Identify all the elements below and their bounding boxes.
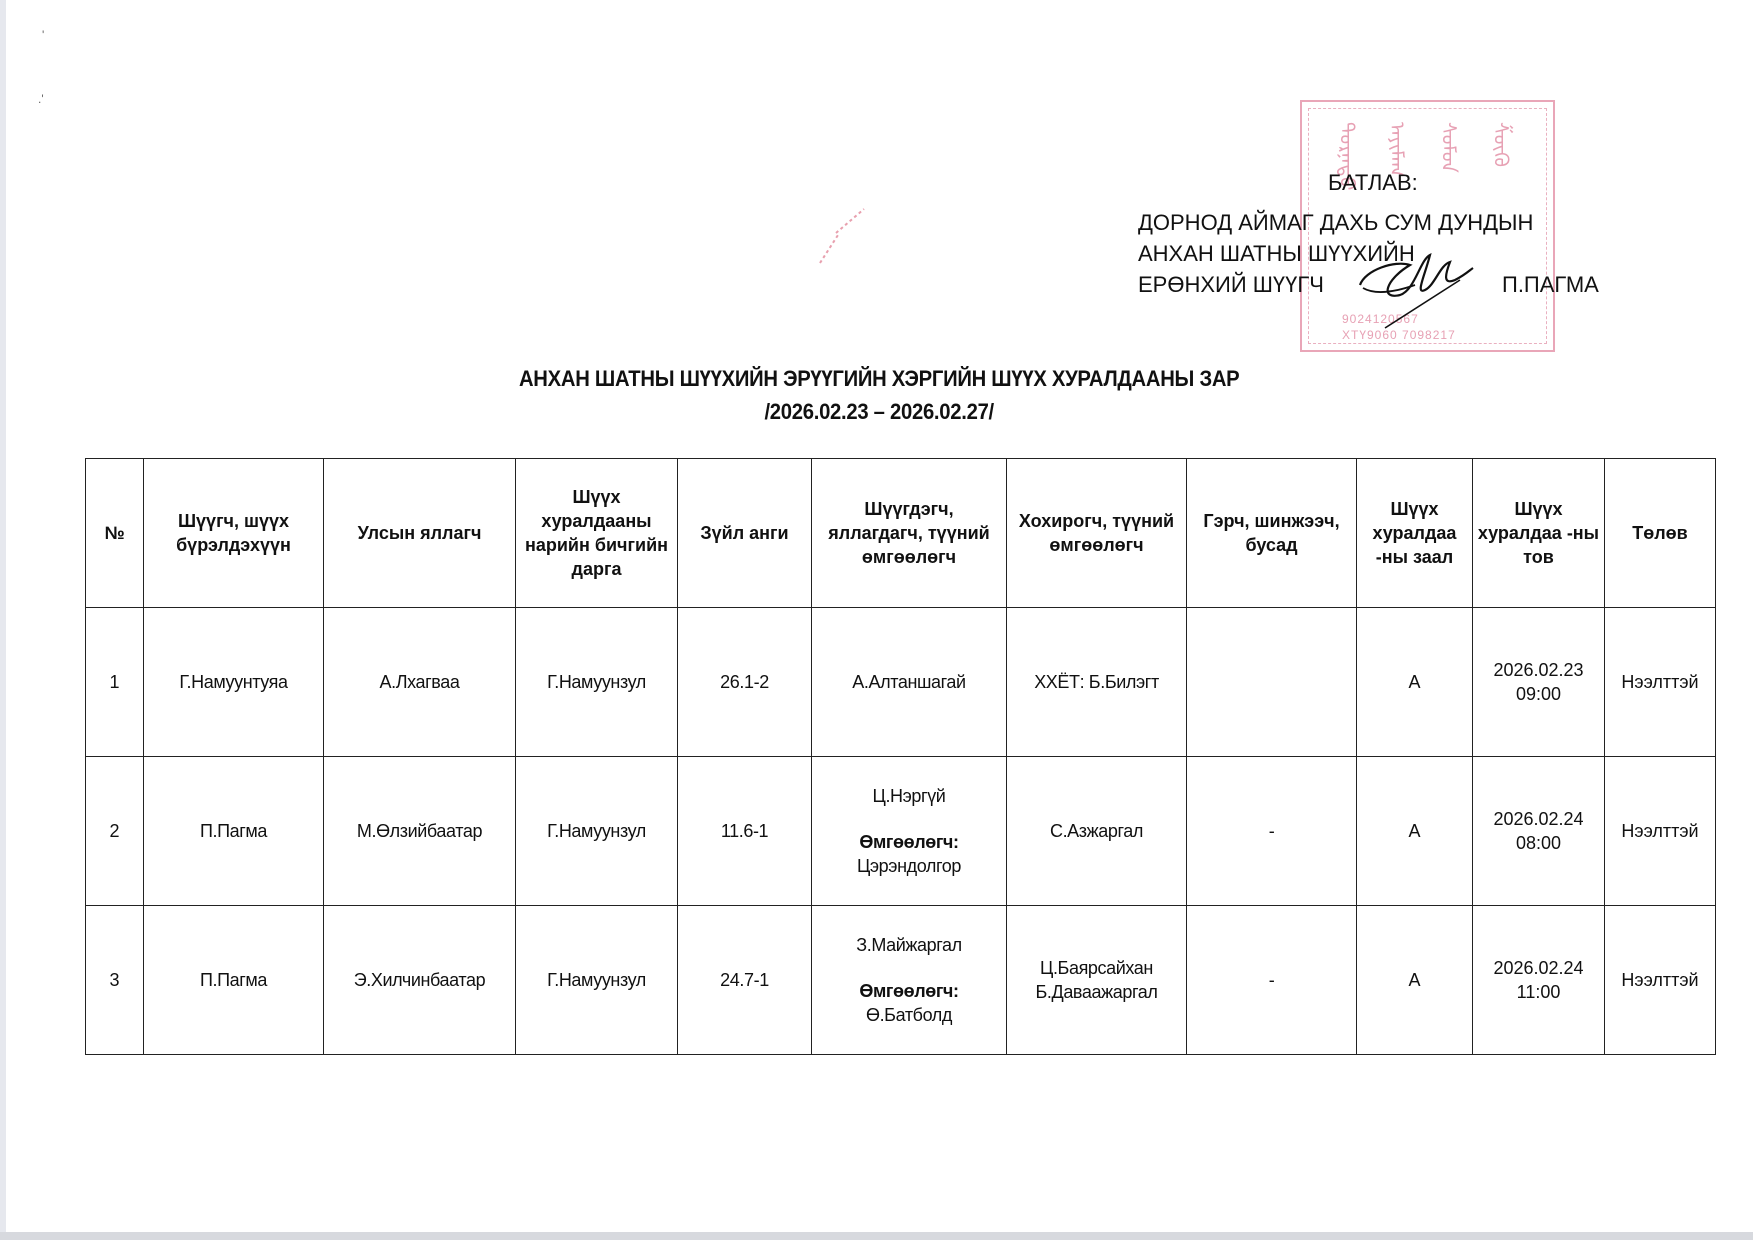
defendant-name: Ц.Нэргүй <box>816 784 1002 808</box>
header-witness: Гэрч, шинжээч, бусад <box>1187 459 1357 608</box>
cell-judge: П.Пагма <box>144 906 324 1055</box>
table-row: 2 П.Пагма М.Өлзийбаатар Г.Намуунзул 11.6… <box>86 757 1716 906</box>
approval-label: БАТЛАВ: <box>1328 170 1418 196</box>
cell-victim: Ц.Баярсайхан Б.Даваажаргал <box>1007 906 1187 1055</box>
hearing-schedule-table: № Шүүгч, шүүх бүрэлдэхүүн Улсын яллагч Ш… <box>85 458 1716 1055</box>
defendant-name: А.Алтаншагай <box>816 670 1002 694</box>
cell-article: 11.6-1 <box>678 757 812 906</box>
cell-victim: С.Азжаргал <box>1007 757 1187 906</box>
document-period: /2026.02.23 – 2026.02.27/ <box>73 399 1686 425</box>
cell-article: 24.7-1 <box>678 906 812 1055</box>
cell-no: 3 <box>86 906 144 1055</box>
cell-defendant: А.Алтаншагай <box>812 608 1007 757</box>
header-no: № <box>86 459 144 608</box>
signature <box>1355 240 1475 330</box>
cell-defendant: Ц.Нэргүй Өмгөөлөгч: Цэрэндолгор <box>812 757 1007 906</box>
cell-secretary: Г.Намуунзул <box>516 906 678 1055</box>
header-secretary: Шүүх хуралдааны нарийн бичгийн дарга <box>516 459 678 608</box>
stamp-mongolian-script: ᠱᠦᠬᠦ <box>1484 122 1519 167</box>
defender-name: Ө.Батболд <box>816 1003 1002 1027</box>
cell-prosecutor: А.Лхагваа <box>324 608 516 757</box>
approver-name: П.ПАГМА <box>1502 272 1599 298</box>
document-title: АНХАН ШАТНЫ ШҮҮХИЙН ЭРҮҮГИЙН ХЭРГИЙН ШҮҮ… <box>73 366 1686 392</box>
header-defendant: Шүүгдэгч, яллагдагч, түүний өмгөөлөгч <box>812 459 1007 608</box>
header-datetime: Шүүх хуралдаа -ны тов <box>1473 459 1605 608</box>
defender-label: Өмгөөлөгч: <box>816 830 1002 854</box>
cell-witness: - <box>1187 757 1357 906</box>
cell-status: Нээлттэй <box>1605 608 1716 757</box>
hearing-time: 11:00 <box>1477 980 1600 1004</box>
cell-datetime: 2026.02.24 08:00 <box>1473 757 1605 906</box>
header-article: Зүйл анги <box>678 459 812 608</box>
hearing-time: 08:00 <box>1477 831 1600 855</box>
scan-speck: ' <box>42 28 44 42</box>
scan-speck: .' <box>38 92 44 106</box>
defendant-name: З.Майжаргал <box>816 933 1002 957</box>
cell-secretary: Г.Намуунзул <box>516 608 678 757</box>
cell-prosecutor: Э.Хилчинбаатар <box>324 906 516 1055</box>
hearing-date: 2026.02.24 <box>1477 807 1600 831</box>
cell-judge: Г.Намуунтуяа <box>144 608 324 757</box>
cell-datetime: 2026.02.23 09:00 <box>1473 608 1605 757</box>
stamp-number: ХТҮ9060 7098217 <box>1342 328 1456 342</box>
header-prosecutor: Улсын яллагч <box>324 459 516 608</box>
header-judge: Шүүгч, шүүх бүрэлдэхүүн <box>144 459 324 608</box>
cell-prosecutor: М.Өлзийбаатар <box>324 757 516 906</box>
scan-left-edge <box>0 0 6 1240</box>
cell-witness <box>1187 608 1357 757</box>
cell-defendant: З.Майжаргал Өмгөөлөгч: Ө.Батболд <box>812 906 1007 1055</box>
hearing-date: 2026.02.23 <box>1477 658 1600 682</box>
defender-name: Цэрэндолгор <box>816 854 1002 878</box>
header-status: Төлөв <box>1605 459 1716 608</box>
hearing-time: 09:00 <box>1477 682 1600 706</box>
red-pen-mark <box>818 205 868 265</box>
table-row: 1 Г.Намуунтуяа А.Лхагваа Г.Намуунзул 26.… <box>86 608 1716 757</box>
cell-status: Нээлттэй <box>1605 906 1716 1055</box>
stamp-mongolian-script: ᠠᠶᠢᠮᠠᠭ <box>1380 122 1415 177</box>
approval-line: ЕРӨНХИЙ ШҮҮГЧ <box>1138 272 1324 298</box>
victim-name: Ц.Баярсайхан <box>1011 956 1182 980</box>
header-room: Шүүх хуралдаа -ны заал <box>1357 459 1473 608</box>
defender-label: Өмгөөлөгч: <box>816 979 1002 1003</box>
cell-article: 26.1-2 <box>678 608 812 757</box>
cell-room: А <box>1357 757 1473 906</box>
cell-witness: - <box>1187 906 1357 1055</box>
cell-status: Нээлттэй <box>1605 757 1716 906</box>
victim-name: Б.Даваажаргал <box>1011 980 1182 1004</box>
header-victim: Хохирогч, түүний өмгөөлөгч <box>1007 459 1187 608</box>
stamp-mongolian-script: ᠰᠤᠮᠤᠨ <box>1432 122 1467 173</box>
cell-datetime: 2026.02.24 11:00 <box>1473 906 1605 1055</box>
cell-secretary: Г.Намуунзул <box>516 757 678 906</box>
cell-judge: П.Пагма <box>144 757 324 906</box>
victim-name: С.Азжаргал <box>1011 819 1182 843</box>
scan-bottom-edge <box>0 1232 1753 1240</box>
approval-line: ДОРНОД АЙМАГ ДАХЬ СУМ ДУНДЫН <box>1138 210 1533 236</box>
cell-no: 1 <box>86 608 144 757</box>
cell-no: 2 <box>86 757 144 906</box>
table-header-row: № Шүүгч, шүүх бүрэлдэхүүн Улсын яллагч Ш… <box>86 459 1716 608</box>
victim-name: ХХЁТ: Б.Билэгт <box>1011 670 1182 694</box>
cell-room: А <box>1357 906 1473 1055</box>
table-row: 3 П.Пагма Э.Хилчинбаатар Г.Намуунзул 24.… <box>86 906 1716 1055</box>
cell-room: А <box>1357 608 1473 757</box>
hearing-date: 2026.02.24 <box>1477 956 1600 980</box>
cell-victim: ХХЁТ: Б.Билэгт <box>1007 608 1187 757</box>
